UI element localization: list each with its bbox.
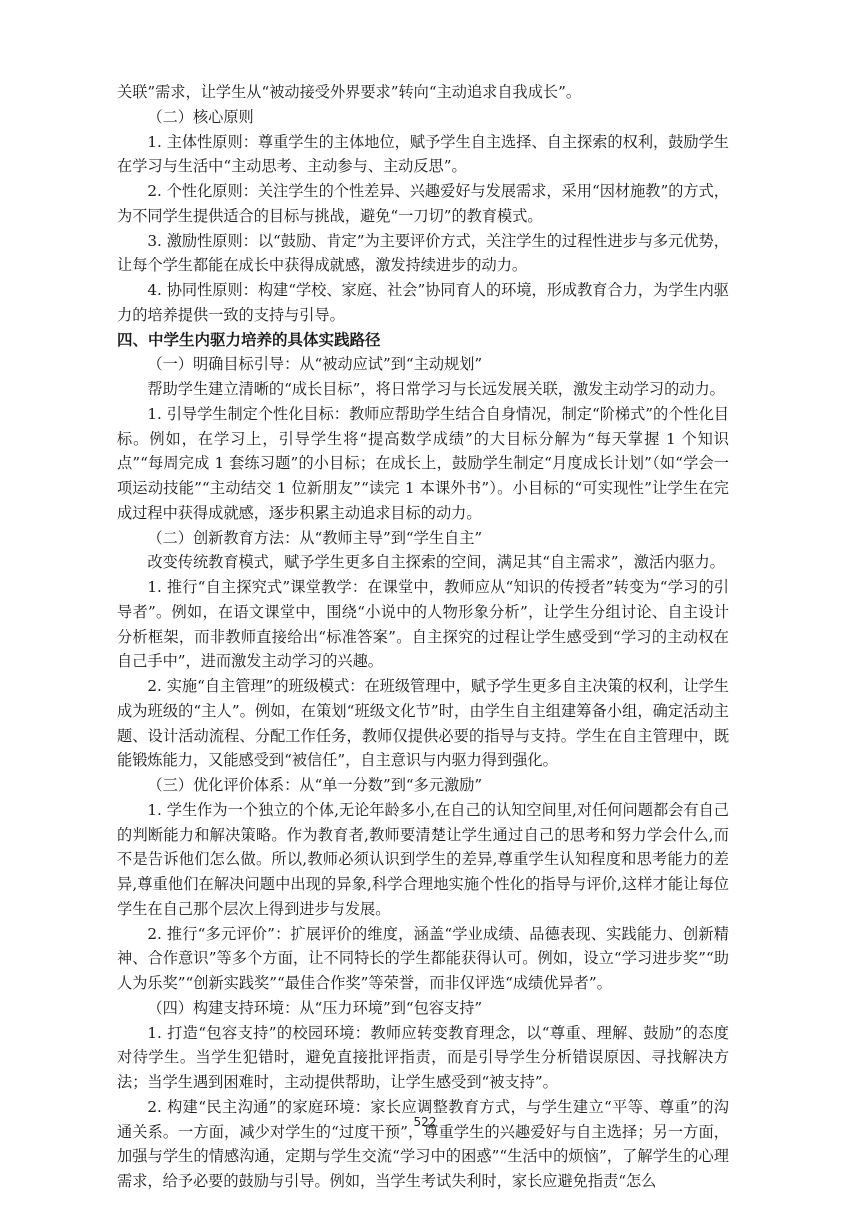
subheading-evaluation: （三）优化评价体系：从“单一分数”到“多元激励” bbox=[117, 773, 729, 798]
paragraph-principle-3: 3. 激励性原则：以“鼓励、肯定”为主要评价方式，关注学生的过程性进步与多元优势… bbox=[117, 229, 729, 279]
paragraph-principle-1: 1. 主体性原则：尊重学生的主体地位，赋予学生自主选择、自主探索的权利，鼓励学生… bbox=[117, 130, 729, 180]
paragraph-goal-1: 1. 引导学生制定个性化目标：教师应帮助学生结合自身情况，制定“阶梯式”的个性化… bbox=[117, 402, 729, 526]
paragraph-principle-4: 4. 协同性原则：构建“学校、家庭、社会”协同育人的环境，形成教育合力，为学生内… bbox=[117, 278, 729, 328]
paragraph-methods-2: 2. 实施“自主管理”的班级模式：在班级管理中，赋予学生更多自主决策的权利，让学… bbox=[117, 674, 729, 773]
section-heading-4: 四、中学生内驱力培养的具体实践路径 bbox=[117, 328, 729, 353]
subheading-innovate-methods: （二）创新教育方法：从“教师主导”到“学生自主” bbox=[117, 526, 729, 551]
paragraph-continuation: 关联”需求，让学生从“被动接受外界要求”转向“主动追求自我成长”。 bbox=[117, 80, 729, 105]
page-number: 522 bbox=[0, 1115, 850, 1129]
paragraph-evaluation-1: 1. 学生作为一个独立的个体,无论年龄多小,在自己的认知空间里,对任何问题都会有… bbox=[117, 798, 729, 922]
document-body: 关联”需求，让学生从“被动接受外界要求”转向“主动追求自我成长”。 （二）核心原… bbox=[117, 80, 729, 1194]
paragraph-methods-1: 1. 推行“自主探究式”课堂教学：在课堂中，教师应从“知识的传授者”转变为“学习… bbox=[117, 575, 729, 674]
paragraph-methods-intro: 改变传统教育模式，赋予学生更多自主探索的空间，满足其“自主需求”，激活内驱力。 bbox=[117, 550, 729, 575]
paragraph-support-1: 1. 打造“包容支持”的校园环境：教师应转变教育理念，以“尊重、理解、鼓励”的态… bbox=[117, 1021, 729, 1095]
paragraph-evaluation-2: 2. 推行“多元评价”：扩展评价的维度，涵盖“学业成绩、品德表现、实践能力、创新… bbox=[117, 922, 729, 996]
paragraph-support-2: 2. 构建“民主沟通”的家庭环境：家长应调整教育方式，与学生建立“平等、尊重”的… bbox=[117, 1095, 729, 1194]
subheading-core-principles: （二）核心原则 bbox=[117, 105, 729, 130]
paragraph-goal-intro: 帮助学生建立清晰的“成长目标”，将日常学习与长远发展关联，激发主动学习的动力。 bbox=[117, 377, 729, 402]
paragraph-principle-2: 2. 个性化原则：关注学生的个性差异、兴趣爱好与发展需求，采用“因材施教”的方式… bbox=[117, 179, 729, 229]
subheading-goal-guidance: （一）明确目标引导：从“被动应试”到“主动规划” bbox=[117, 352, 729, 377]
subheading-support-environment: （四）构建支持环境：从“压力环境”到“包容支持” bbox=[117, 996, 729, 1021]
